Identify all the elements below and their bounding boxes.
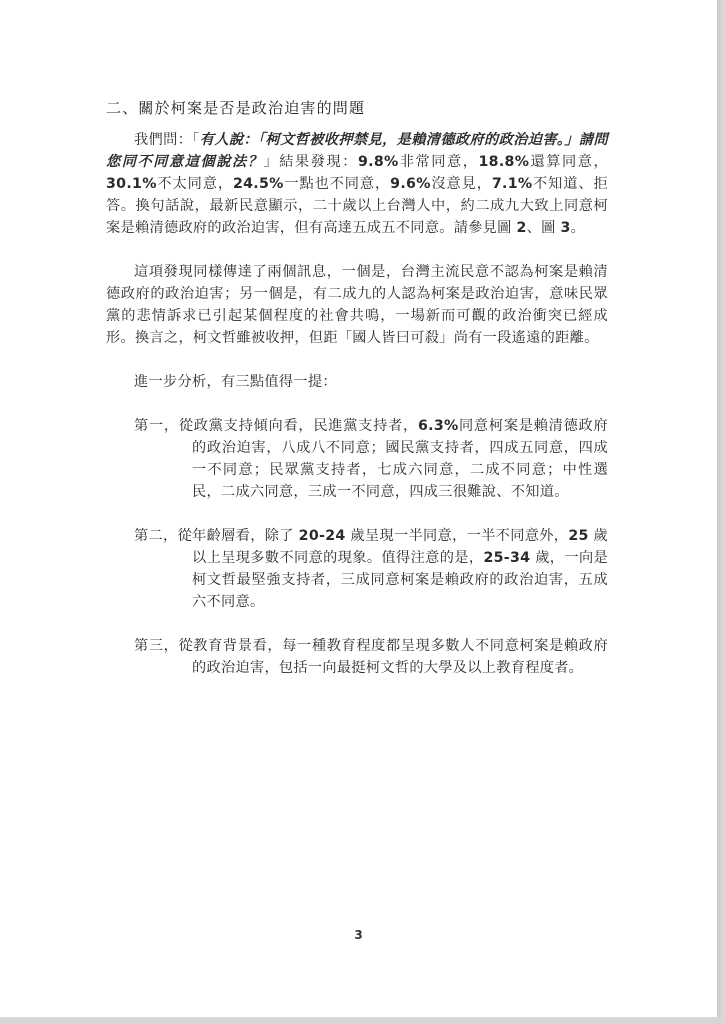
text-close-quote: 」結果發現： xyxy=(263,154,357,170)
page-content: 二、關於柯案是否是政治迫害的問題 我們問：「有人說：「柯文哲被收押禁見，是賴清德… xyxy=(106,97,608,679)
point-label: 第三， xyxy=(134,638,178,654)
point-age: 25 xyxy=(568,528,588,544)
point-text: 從政黨支持傾向看，民進黨支持者， xyxy=(179,418,418,434)
result-pct: 9.8% xyxy=(358,154,399,170)
result-pct: 9.6% xyxy=(390,176,431,192)
page-number: 3 xyxy=(0,928,717,942)
point-text: 從年齡層看，除了 xyxy=(178,528,299,544)
point-age: 25-34 xyxy=(483,550,530,566)
text-end: 。 xyxy=(571,220,586,236)
paragraph-intro-points: 進一步分析，有三點值得一提： xyxy=(106,371,608,393)
paragraph-interpretation: 這項發現同樣傳達了兩個訊息，一個是，台灣主流民意不認為柯案是賴清德政府的政治迫害… xyxy=(106,261,608,349)
point-item-1: 第一，從政黨支持傾向看，民進黨支持者，6.3%同意柯案是賴清德政府的政治迫害，八… xyxy=(106,415,608,503)
result-pct: 7.1% xyxy=(492,176,533,192)
point-pct: 6.3% xyxy=(418,418,459,434)
text-sep: 、圖 xyxy=(527,220,561,236)
page-bottom-shadow xyxy=(0,1017,725,1024)
result-pct: 24.5% xyxy=(233,176,284,192)
result-label: 沒意見， xyxy=(431,176,492,192)
point-label: 第一， xyxy=(134,418,179,434)
paragraph-gap xyxy=(106,393,608,415)
result-pct: 18.8% xyxy=(479,154,530,170)
paragraph-survey-results: 我們問：「有人說：「柯文哲被收押禁見，是賴清德政府的政治迫害。」請問您同不同意這… xyxy=(106,129,608,239)
section-heading: 二、關於柯案是否是政治迫害的問題 xyxy=(106,97,608,119)
result-pct: 30.1% xyxy=(106,176,157,192)
paragraph-gap xyxy=(106,349,608,371)
paragraph-gap xyxy=(106,613,608,635)
result-label: 還算同意， xyxy=(529,154,608,170)
figure-ref: 3 xyxy=(560,220,570,236)
point-text: 從教育背景看，每一種教育程度都呈現多數人不同意柯案是賴政府的政治迫害，包括一向最… xyxy=(178,638,608,676)
result-label: 不太同意， xyxy=(157,176,233,192)
figure-ref: 2 xyxy=(516,220,526,236)
point-item-2: 第二，從年齡層看，除了 20-24 歲呈現一半同意，一半不同意外，25 歲以上呈… xyxy=(106,525,608,613)
paragraph-gap xyxy=(106,239,608,261)
text-lead: 我們問：「 xyxy=(134,132,200,148)
point-label: 第二， xyxy=(134,528,178,544)
page-edge-shadow xyxy=(717,0,725,1024)
document-page: 二、關於柯案是否是政治迫害的問題 我們問：「有人說：「柯文哲被收押禁見，是賴清德… xyxy=(0,0,718,1017)
paragraph-gap xyxy=(106,503,608,525)
point-item-3: 第三，從教育背景看，每一種教育程度都呈現多數人不同意柯案是賴政府的政治迫害，包括… xyxy=(106,635,608,679)
result-label: 一點也不同意， xyxy=(284,176,390,192)
result-label: 非常同意， xyxy=(399,154,479,170)
point-text: 歲呈現一半同意，一半不同意外， xyxy=(346,528,569,544)
point-age: 20-24 xyxy=(299,528,346,544)
